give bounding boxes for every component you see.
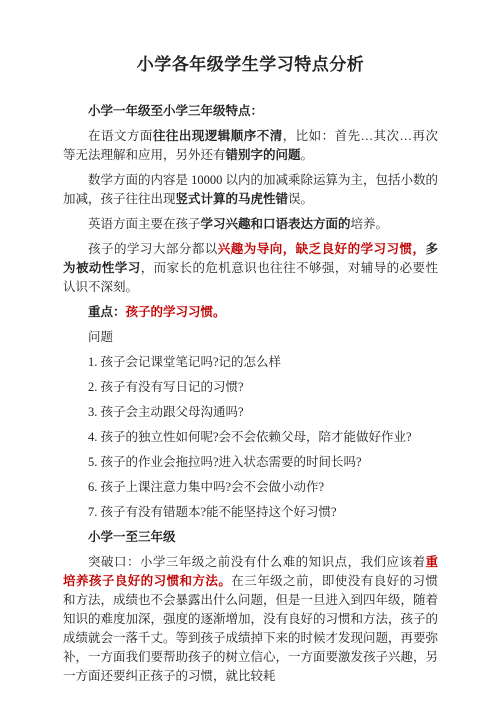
text-run: 突破口：小学三年级之前没有什么难的知识点，我们应该着 — [88, 555, 425, 569]
question-item-2: 2. 孩子有没有写日记的习惯? — [63, 378, 438, 397]
text-run: 错别字的问题 — [226, 148, 301, 162]
text-run: 英语方面主要在孩子 — [88, 217, 201, 231]
question-item-5: 5. 孩子的作业会拖拉吗?进入状态需要的时间长吗? — [63, 453, 438, 472]
text-run: 6. 孩子上课注意力集中吗?会不会做小动作? — [88, 480, 324, 494]
text-run: 7. 孩子有没有错题本?能不能坚持这个好习惯? — [88, 505, 337, 519]
text-run: 重点： — [88, 305, 126, 319]
text-run: 2. 孩子有没有写日记的习惯? — [88, 380, 244, 394]
section-heading-grade1-3-traits: 小学一年级至小学三年级特点： — [63, 102, 438, 121]
para-questions-label: 问题 — [63, 328, 438, 347]
text-run: 孩子的学习大部分都以 — [88, 242, 218, 256]
para-math-subject: 数学方面的内容是 10000 以内的加减乘除运算为主，包括小数的加减，孩子往往出… — [63, 171, 438, 209]
question-item-6: 6. 孩子上课注意力集中吗?会不会做小动作? — [63, 478, 438, 497]
section-heading-grade1-3: 小学一至三年级 — [63, 528, 438, 547]
text-run: 5. 孩子的作业会拖拉吗?进入状态需要的时间长吗? — [88, 455, 362, 469]
text-run: 问题 — [88, 330, 113, 344]
text-run: 小学一年级至小学三年级特点： — [88, 104, 263, 118]
question-item-3: 3. 孩子会主动跟父母沟通吗? — [63, 403, 438, 422]
text-run: 4. 孩子的独立性如何呢?会不会依赖父母，陪才能做好作业? — [88, 430, 412, 444]
text-run: 小学一至三年级 — [88, 530, 176, 544]
document-page: 小学各年级学生学习特点分析 小学一年级至小学三年级特点：在语文方面往往出现逻辑顺… — [0, 0, 500, 707]
question-item-1: 1. 孩子会记课堂笔记吗?记的怎么样 — [63, 353, 438, 372]
text-run: 孩子的学习习惯。 — [126, 305, 226, 319]
document-body: 小学一年级至小学三年级特点：在语文方面往往出现逻辑顺序不清，比如：首先…其次…再… — [63, 102, 438, 686]
text-run: 兴趣为导向，缺乏良好的学习习惯， — [218, 242, 426, 256]
text-run: 。 — [301, 148, 314, 162]
text-run: 往往出现逻辑顺序不清 — [153, 129, 283, 143]
para-learning-style: 孩子的学习大部分都以兴趣为导向，缺乏良好的学习习惯，多为被动性学习，而家长的危机… — [63, 240, 438, 297]
text-run: 培养。 — [351, 217, 389, 231]
para-breakthrough: 突破口：小学三年级之前没有什么难的知识点，我们应该着重培养孩子良好的习惯和方法。… — [63, 553, 438, 686]
para-english-subject: 英语方面主要在孩子学习兴趣和口语表达方面的培养。 — [63, 215, 438, 234]
text-run: 竖式计算的马虎性错 — [176, 192, 289, 206]
text-run: 误。 — [288, 192, 313, 206]
para-chinese-subject: 在语文方面往往出现逻辑顺序不清，比如：首先…其次…再次等无法理解和应用，另外还有… — [63, 127, 438, 165]
question-item-4: 4. 孩子的独立性如何呢?会不会依赖父母，陪才能做好作业? — [63, 428, 438, 447]
text-run: 3. 孩子会主动跟父母沟通吗? — [88, 405, 244, 419]
question-item-7: 7. 孩子有没有错题本?能不能坚持这个好习惯? — [63, 503, 438, 522]
text-run: 在语文方面 — [88, 129, 153, 143]
text-run: 1. 孩子会记课堂笔记吗?记的怎么样 — [88, 355, 281, 369]
document-title: 小学各年级学生学习特点分析 — [63, 52, 438, 77]
para-key-point: 重点：孩子的学习习惯。 — [63, 303, 438, 322]
text-run: 学习兴趣和口语表达方面的 — [201, 217, 351, 231]
text-run: 在三年级之前，即使没有良好的习惯和方法，成绩也不会暴露出什么问题，但是一旦进入到… — [63, 574, 438, 683]
